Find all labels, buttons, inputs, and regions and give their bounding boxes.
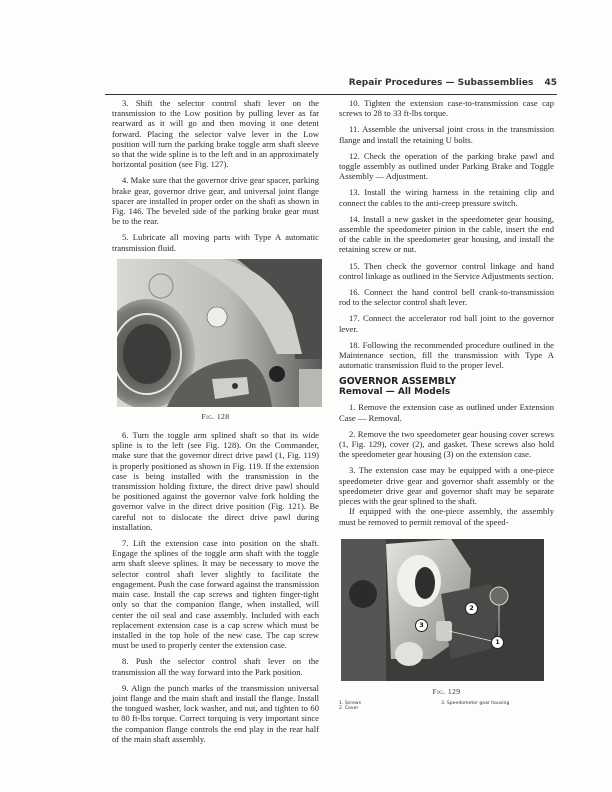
page-number: 45 bbox=[544, 78, 557, 88]
step-paragraph: 8. Push the selector control shaft lever… bbox=[112, 656, 319, 676]
section-heading: GOVERNOR ASSEMBLY Removal — All Models bbox=[339, 376, 554, 398]
left-column: 3. Shift the selector control shaft leve… bbox=[112, 98, 319, 750]
figure-129-caption: Fig. 129 bbox=[339, 687, 554, 697]
step-paragraph: 18. Following the recommended procedure … bbox=[339, 340, 554, 371]
right-column: 10. Tighten the extension case-to-transm… bbox=[339, 98, 554, 705]
transmission-case-photo bbox=[117, 259, 322, 407]
header-title: Repair Procedures — Subassemblies bbox=[349, 78, 534, 88]
header-rule bbox=[105, 94, 557, 95]
step-paragraph: 17. Connect the accelerator rod ball joi… bbox=[339, 313, 554, 333]
step-paragraph: 2. Remove the two speedometer gear housi… bbox=[339, 429, 554, 460]
continuation-paragraph: If equipped with the one-piece assembly,… bbox=[339, 506, 554, 526]
running-header: Repair Procedures — Subassemblies 45 bbox=[105, 78, 557, 93]
callout-3: 3 bbox=[415, 619, 428, 632]
step-paragraph: 9. Align the punch marks of the transmis… bbox=[112, 683, 319, 744]
step-paragraph: 5. Lubricate all moving parts with Type … bbox=[112, 232, 319, 252]
step-paragraph: 11. Assemble the universal joint cross i… bbox=[339, 124, 554, 144]
step-paragraph: 4. Make sure that the governor drive gea… bbox=[112, 175, 319, 226]
manual-page: Repair Procedures — Subassemblies 45 3. … bbox=[0, 0, 612, 792]
callout-2: 2 bbox=[465, 602, 478, 615]
section-subtitle: Removal — All Models bbox=[339, 387, 554, 398]
step-paragraph: 12. Check the operation of the parking b… bbox=[339, 151, 554, 182]
step-paragraph: 1. Remove the extension case as outlined… bbox=[339, 402, 554, 422]
figure-128-caption: Fig. 128 bbox=[112, 412, 319, 422]
figure-129-photo: 1 2 3 bbox=[341, 539, 544, 681]
step-paragraph: 7. Lift the extension case into position… bbox=[112, 538, 319, 650]
callout-1: 1 bbox=[491, 636, 504, 649]
step-paragraph: 10. Tighten the extension case-to-transm… bbox=[339, 98, 554, 118]
figure-128-photo bbox=[117, 259, 322, 407]
step-paragraph: 3. The extension case may be equipped wi… bbox=[339, 465, 554, 506]
section-title: GOVERNOR ASSEMBLY bbox=[339, 376, 456, 387]
legend-item: 2. Cover bbox=[339, 706, 361, 711]
legend-item: 3. Speedometer gear housing bbox=[441, 701, 509, 706]
step-paragraph: 13. Install the wiring harness in the re… bbox=[339, 187, 554, 207]
step-paragraph: 14. Install a new gasket in the speedome… bbox=[339, 214, 554, 255]
speedometer-housing-photo bbox=[341, 539, 544, 681]
step-paragraph: 15. Then check the governor control link… bbox=[339, 261, 554, 281]
step-paragraph: 6. Turn the toggle arm splined shaft so … bbox=[112, 430, 319, 532]
step-paragraph: 3. Shift the selector control shaft leve… bbox=[112, 98, 319, 169]
step-paragraph: 16. Connect the hand control bell crank-… bbox=[339, 287, 554, 307]
